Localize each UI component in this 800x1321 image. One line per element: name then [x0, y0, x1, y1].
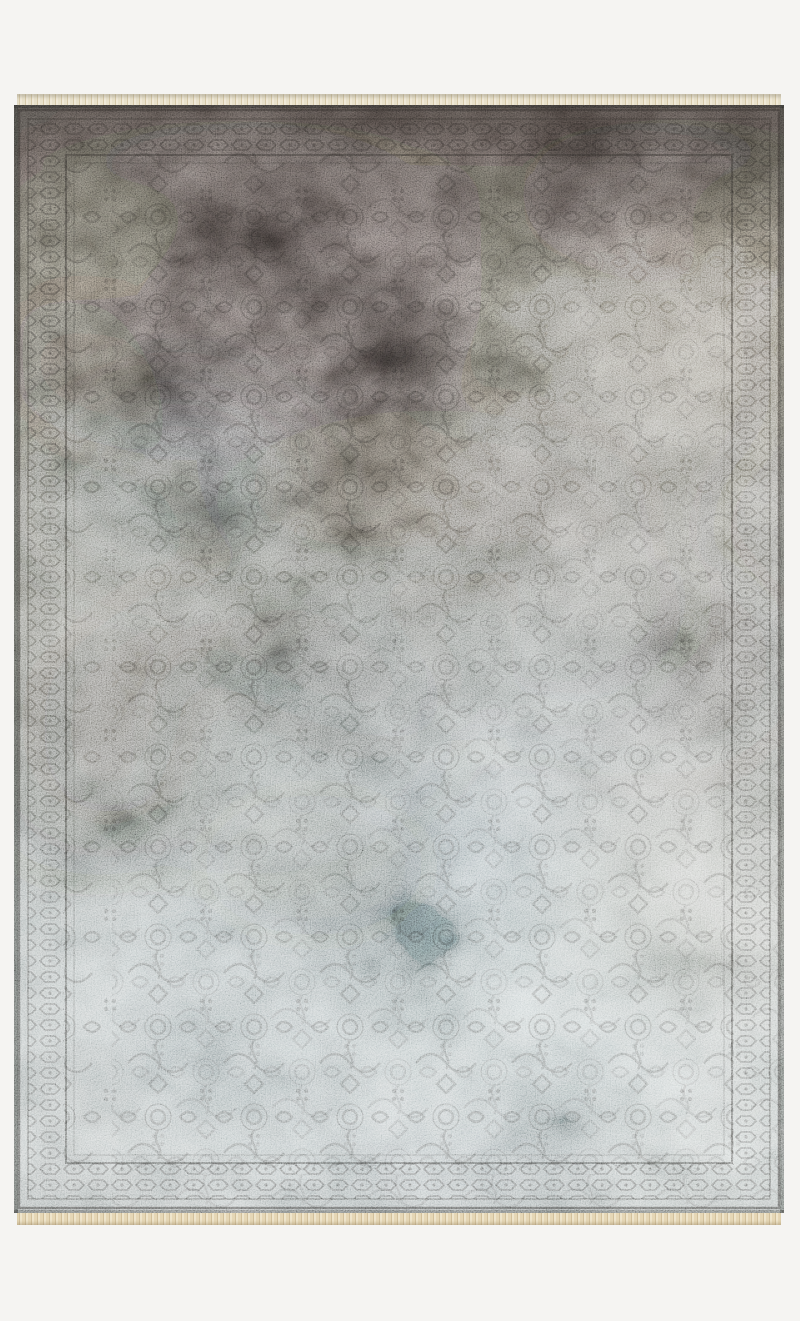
rug-texture-art: [14, 105, 784, 1213]
rug-fringe-bottom: [17, 1213, 781, 1225]
rug-product-photo: [14, 94, 784, 1225]
rug-pile: [14, 105, 784, 1213]
photo-canvas: [0, 0, 800, 1321]
